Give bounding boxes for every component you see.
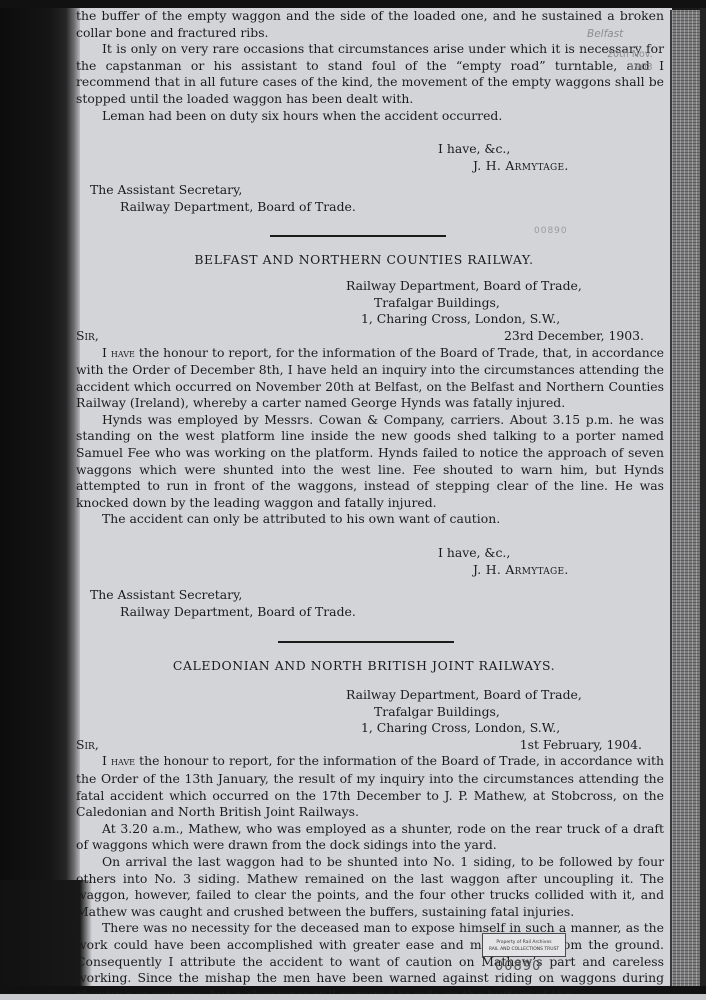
small-caps-run: have — [111, 755, 135, 768]
signature: J. H. Armytage. — [438, 562, 664, 579]
paragraph: the buffer of the empty waggon and the s… — [76, 8, 664, 41]
page-stack-edge — [670, 10, 702, 990]
salutation-date-line: Sir, 23rd December, 1903. — [76, 328, 664, 345]
paragraph: I have the honour to report, for the inf… — [76, 345, 664, 412]
paragraph: Leman had been on duty six hours when th… — [76, 108, 664, 125]
address-line2: Trafalgar Buildings, — [346, 704, 664, 721]
report-date: 1st February, 1904. — [520, 737, 664, 754]
signoff: I have, &c., — [438, 141, 664, 158]
salutation: Sir, — [76, 328, 99, 345]
sender-address: Railway Department, Board of Trade, Traf… — [346, 687, 664, 737]
handwritten-date-note: 20th Nov. 1903 — [607, 48, 653, 74]
paragraph: At 3.20 a.m., Mathew, who was employed a… — [76, 821, 664, 854]
sender-address: Railway Department, Board of Trade, Traf… — [346, 278, 664, 328]
handwritten-place-note: Belfast — [587, 28, 623, 40]
address-line3: 1, Charing Cross, London, S.W., — [346, 720, 664, 737]
reference-number-top: 00890 — [534, 226, 568, 236]
report-caledonian: CALEDONIAN AND NORTH BRITISH JOINT RAILW… — [76, 658, 664, 1000]
addressee-block: The Assistant Secretary, Railway Departm… — [90, 587, 664, 620]
addressee-line2: Railway Department, Board of Trade. — [90, 199, 664, 216]
paragraph: Hynds was employed by Messrs. Cowan & Co… — [76, 412, 664, 512]
report-date: 23rd December, 1903. — [504, 328, 664, 345]
signature-block: I have, &c., J. H. Armytage. — [438, 545, 664, 578]
scan-bottom-strip — [0, 994, 706, 1000]
signature-block: I have, &c., J. H. Armytage. — [438, 141, 664, 174]
paragraph: There was no necessity for the deceased … — [76, 920, 664, 1000]
addressee-line1: The Assistant Secretary, — [90, 587, 242, 602]
text-run: the honour to report, for the informatio… — [76, 345, 664, 411]
addressee-line1: The Assistant Secretary, — [90, 182, 242, 197]
address-line2: Trafalgar Buildings, — [346, 295, 664, 312]
address-line3: 1, Charing Cross, London, S.W., — [346, 311, 664, 328]
archive-stamp: Property of Rail Archives RAIL AND COLLE… — [482, 933, 566, 957]
report-heading: CALEDONIAN AND NORTH BRITISH JOINT RAILW… — [70, 658, 658, 675]
previous-report-continuation: the buffer of the empty waggon and the s… — [76, 8, 664, 216]
section-divider — [270, 235, 446, 237]
stamp-line2: RAIL AND COLLECTIONS TRUST — [483, 946, 565, 953]
handwritten-date-line2: 1903 — [607, 61, 653, 74]
document-body: the buffer of the empty waggon and the s… — [76, 8, 664, 1000]
section-divider — [278, 641, 454, 643]
signature: J. H. Armytage. — [438, 158, 664, 175]
text-run: I — [102, 345, 111, 360]
report-belfast: BELFAST AND NORTHERN COUNTIES RAILWAY. R… — [76, 252, 664, 621]
scan-binding-shadow — [0, 0, 80, 1000]
report-heading: BELFAST AND NORTHERN COUNTIES RAILWAY. — [70, 252, 658, 269]
address-line1: Railway Department, Board of Trade, — [346, 278, 664, 295]
signoff: I have, &c., — [438, 545, 664, 562]
handwritten-date-line1: 20th Nov. — [607, 48, 653, 61]
scan-right-edge — [700, 0, 706, 1000]
address-line1: Railway Department, Board of Trade, — [346, 687, 664, 704]
paragraph: On arrival the last waggon had to be shu… — [76, 854, 664, 920]
text-run: I — [102, 753, 111, 768]
small-caps-run: have — [111, 347, 135, 360]
addressee-block: The Assistant Secretary, Railway Departm… — [90, 182, 664, 215]
paragraph: It is only on very rare occasions that c… — [76, 41, 664, 107]
paragraph: I have the honour to report, for the inf… — [76, 753, 664, 820]
paragraph: The accident can only be attributed to h… — [76, 511, 664, 528]
stamp-line1: Property of Rail Archives — [483, 939, 565, 946]
scan-top-edge — [0, 0, 706, 8]
salutation: Sir, — [76, 737, 99, 754]
text-run: the honour to report, for the informatio… — [76, 753, 664, 819]
salutation-date-line: Sir, 1st February, 1904. — [76, 737, 664, 754]
addressee-line2: Railway Department, Board of Trade. — [90, 604, 664, 621]
reference-number-bottom: 00890 — [495, 959, 541, 974]
